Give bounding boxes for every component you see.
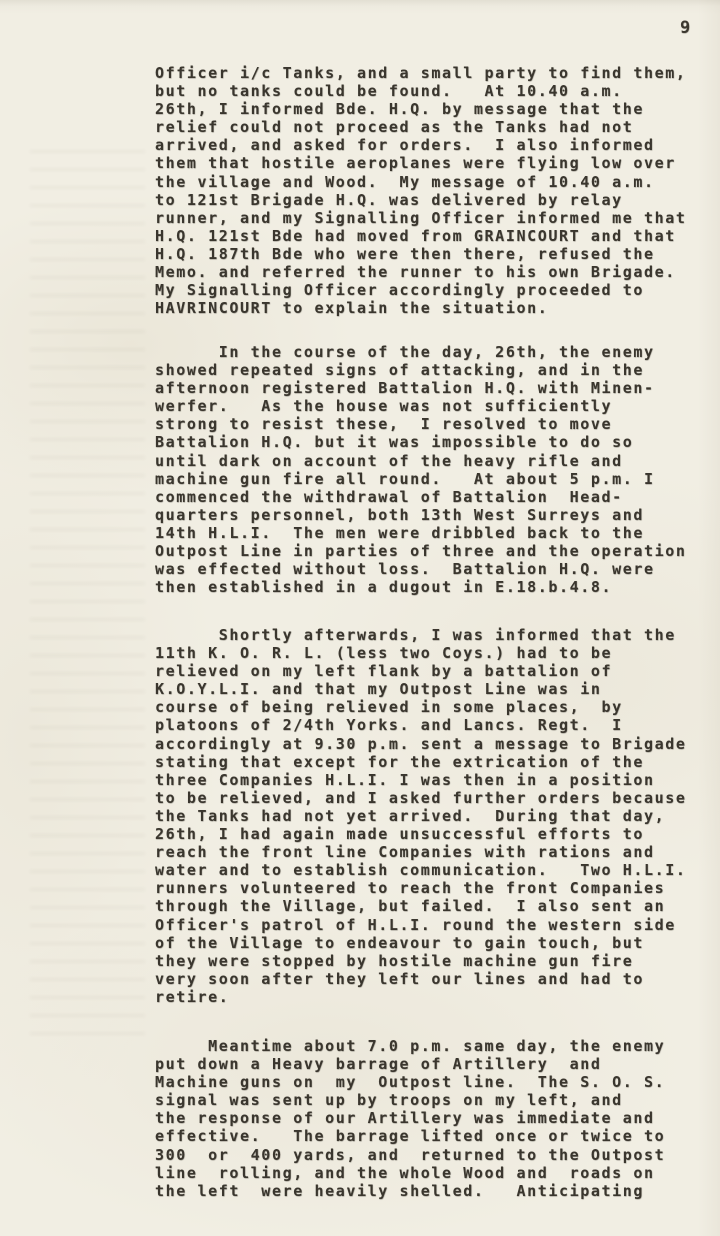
paper-bleed-texture (30, 150, 145, 1050)
paragraph-relief-attempts: Shortly afterwards, I was informed that … (155, 626, 715, 1006)
scanned-document-page: 9 Officer i/c Tanks, and a small party t… (0, 0, 720, 1236)
paragraph-enemy-barrage: Meantime about 7.0 p.m. same day, the en… (155, 1037, 715, 1200)
paragraph-enemy-attack-withdrawal: In the course of the day, 26th, the enem… (155, 343, 715, 596)
page-number: 9 (680, 18, 692, 38)
paragraph-tanks-relief: Officer i/c Tanks, and a small party to … (155, 64, 715, 317)
